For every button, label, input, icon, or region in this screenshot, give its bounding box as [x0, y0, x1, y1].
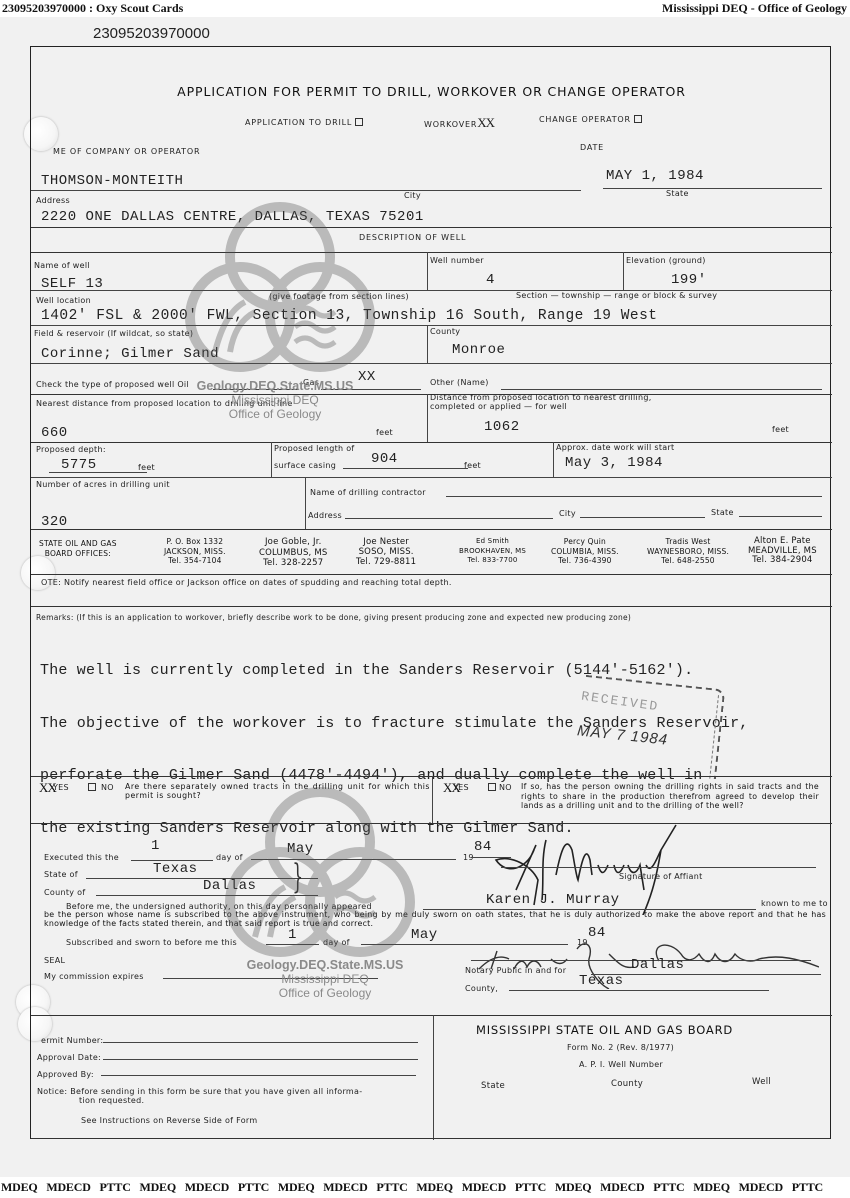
known-to-me-label: known to me to	[761, 899, 828, 908]
footage-hint: (give footage from section lines)	[269, 292, 409, 301]
company-label: ME OF COMPANY OR OPERATOR	[53, 147, 200, 156]
feet-unit-1: feet	[376, 428, 393, 437]
form-title: APPLICATION FOR PERMIT TO DRILL, WORKOVE…	[31, 84, 832, 99]
company-name-field[interactable]: THOMSON-MONTEITH	[41, 173, 183, 189]
execution-county-field[interactable]: Dallas	[203, 878, 256, 894]
casing-feet-unit: feet	[464, 461, 481, 470]
form-number: Form No. 2 (Rev. 8/1977)	[567, 1043, 674, 1052]
state-of-label: State of	[44, 870, 78, 879]
board-title: MISSISSIPPI STATE OIL AND GAS BOARD	[476, 1023, 733, 1037]
sworn-day-field[interactable]: 1	[288, 927, 297, 943]
document-title: 23095203970000 : Oxy Scout Cards	[2, 0, 183, 17]
sworn-day-of-label: day of	[323, 938, 350, 947]
seal-label: SEAL	[44, 956, 65, 965]
bracket: }	[292, 860, 303, 894]
viewer-header: 23095203970000 : Oxy Scout Cards Mississ…	[0, 0, 850, 17]
q1-yes-label: YES	[53, 783, 69, 792]
nearest-well-label-1: Distance from proposed location to neare…	[430, 393, 652, 402]
nearest-unit-line-field[interactable]: 660	[41, 425, 68, 441]
county-field[interactable]: Monroe	[452, 342, 505, 358]
workover-option[interactable]: WORKOVERXX	[424, 115, 494, 131]
depth-feet-unit: feet	[138, 463, 155, 472]
received-stamp: RECEIVED MAY 7 1984	[571, 672, 731, 772]
proposed-depth-label: Proposed depth:	[36, 445, 106, 454]
start-date-field[interactable]: May 3, 1984	[565, 455, 663, 471]
signature-affiant-label: Signature of Affiant	[619, 872, 703, 881]
notary-state-field[interactable]: Texas	[579, 973, 624, 989]
execution-state-field[interactable]: Texas	[153, 861, 198, 877]
contractor-name-label: Name of drilling contractor	[310, 488, 426, 497]
commission-expires-label: My commission expires	[44, 972, 144, 981]
proposed-depth-field[interactable]: 5775	[61, 457, 97, 473]
office-meadville: Alton E. PateMEADVILLE, MSTel. 384-2904	[748, 537, 817, 566]
executed-month-field[interactable]: May	[287, 841, 314, 857]
sworn-month-field[interactable]: May	[411, 927, 438, 943]
q1-no-checkbox[interactable]	[88, 783, 96, 791]
nearest-well-field[interactable]: 1062	[484, 419, 520, 435]
surface-casing-label-1: Proposed length of	[274, 444, 355, 453]
surface-casing-label-2: surface casing	[274, 461, 336, 470]
nearest-well-label-2: completed or applied — for well	[430, 402, 567, 411]
office-columbus: Joe Goble, Jr.COLUMBUS, MSTel. 328-2257	[259, 537, 327, 569]
other-name-label: Other (Name)	[430, 378, 489, 387]
date-field[interactable]: MAY 1, 1984	[606, 168, 704, 184]
instructions-note: See Instructions on Reverse Side of Form	[81, 1116, 257, 1125]
notary-public-label: Notary Public in and for	[465, 966, 566, 975]
scanned-document: 23095203970000 APPLICATION FOR PERMIT TO…	[0, 17, 850, 1177]
api-well-number-label: A. P. I. Well Number	[579, 1060, 663, 1069]
watermark-text-bottom: Geology.DEQ.State.MS.US Mississippi DEQ …	[210, 958, 440, 1000]
office-jackson: P. O. Box 1332JACKSON, MISS.Tel. 354-710…	[164, 537, 226, 566]
q2-yes-label: YES	[453, 783, 469, 792]
description-heading: DESCRIPTION OF WELL	[359, 233, 466, 242]
state-label: State	[666, 189, 689, 198]
office-columbia: Percy QuinCOLUMBIA, MISS.Tel. 736-4390	[551, 537, 619, 566]
contractor-address-label: Address	[308, 511, 342, 520]
office-brookhaven: Ed SmithBROOKHAVEN, MSTel. 833-7700	[459, 537, 526, 566]
office-waynesboro: Tradis WestWAYNESBORO, MISS.Tel. 648-255…	[647, 537, 729, 566]
oath-body-text: be the person whose name is subscribed t…	[44, 910, 826, 928]
field-reservoir-field[interactable]: Corinne; Gilmer Sand	[41, 346, 219, 362]
source-label: Mississippi DEQ - Office of Geology	[662, 0, 847, 17]
sworn-label: Subscribed and sworn to before me this	[66, 938, 237, 947]
well-location-label: Well location	[36, 296, 91, 305]
surface-casing-field[interactable]: 904	[371, 451, 398, 467]
api-well-label: Well	[752, 1077, 771, 1087]
board-offices: STATE OIL AND GAS BOARD OFFICES: P. O. B…	[31, 537, 832, 572]
offices-heading: STATE OIL AND GAS BOARD OFFICES:	[39, 539, 117, 558]
permit-number-label: ermit Number:	[41, 1036, 103, 1045]
city-label: City	[404, 191, 421, 200]
elevation-label: Elevation (ground)	[626, 256, 706, 265]
change-operator-option[interactable]: CHANGE OPERATOR	[539, 115, 642, 124]
q2-no-label: NO	[499, 783, 512, 792]
county-comma-label: County,	[465, 984, 498, 993]
section-township-hint: Section — township — range or block & su…	[516, 291, 717, 300]
watermark-text-top: Geology.DEQ.State.MS.US Mississippi DEQ …	[160, 379, 390, 421]
executed-day-field[interactable]: 1	[151, 838, 160, 854]
notary-county-field[interactable]: Dallas	[631, 957, 684, 973]
q2-text: If so, has the person owning the drillin…	[521, 782, 819, 811]
date-label: DATE	[580, 143, 604, 152]
office-soso: Joe NesterSOSO, MISS.Tel. 729-8811	[356, 537, 416, 567]
q2-no-checkbox[interactable]	[488, 783, 496, 791]
executed-label: Executed this the	[44, 853, 119, 862]
well-number-field[interactable]: 4	[486, 272, 495, 288]
notify-note: OTE: Notify nearest field office or Jack…	[41, 578, 452, 587]
change-operator-checkbox[interactable]	[634, 115, 642, 123]
q1-no-label: NO	[101, 783, 114, 792]
well-location-field[interactable]: 1402' FSL & 2000' FWL, Section 13, Towns…	[41, 308, 658, 324]
document-id: 23095203970000	[93, 25, 210, 42]
footer-agencies: MDEQ MDECD PTTC MDEQ MDECD PTTC MDEQ MDE…	[0, 1177, 850, 1198]
well-name-label: Name of well	[34, 261, 90, 270]
field-reservoir-label: Field & reservoir (If wildcat, so state)	[34, 329, 193, 338]
affiant-name-field[interactable]: Karen J. Murray	[486, 892, 620, 908]
contractor-state-label: State	[711, 508, 734, 517]
acres-field[interactable]: 320	[41, 514, 68, 530]
start-date-label: Approx. date work will start	[556, 443, 674, 452]
workover-check-mark: XX	[477, 115, 494, 130]
drill-checkbox[interactable]	[355, 118, 363, 126]
notice-line-1: Notice: Before sending in this form be s…	[37, 1087, 362, 1096]
approval-date-label: Approval Date:	[37, 1053, 101, 1062]
elevation-field[interactable]: 199'	[671, 272, 707, 288]
county-of-label: County of	[44, 888, 85, 897]
notice-line-2: tion requested.	[79, 1096, 144, 1105]
q1-text: Are there separately owned tracts in the…	[125, 782, 430, 800]
api-state-label: State	[481, 1081, 505, 1091]
approved-by-label: Approved By:	[37, 1070, 94, 1079]
api-county-label: County	[611, 1079, 643, 1089]
contractor-city-label: City	[559, 509, 576, 518]
remarks-label: Remarks: (If this is an application to w…	[36, 613, 631, 622]
acres-label: Number of acres in drilling unit	[36, 480, 170, 489]
application-drill-option[interactable]: APPLICATION TO DRILL	[245, 118, 363, 127]
address-field[interactable]: 2220 ONE DALLAS CENTRE, DALLAS, TEXAS 75…	[41, 209, 424, 225]
feet-unit-2: feet	[772, 425, 789, 434]
county-label: County	[430, 327, 460, 336]
well-number-label: Well number	[430, 256, 484, 265]
executed-day-of-label: day of	[216, 853, 243, 862]
address-label: Address	[36, 196, 70, 205]
